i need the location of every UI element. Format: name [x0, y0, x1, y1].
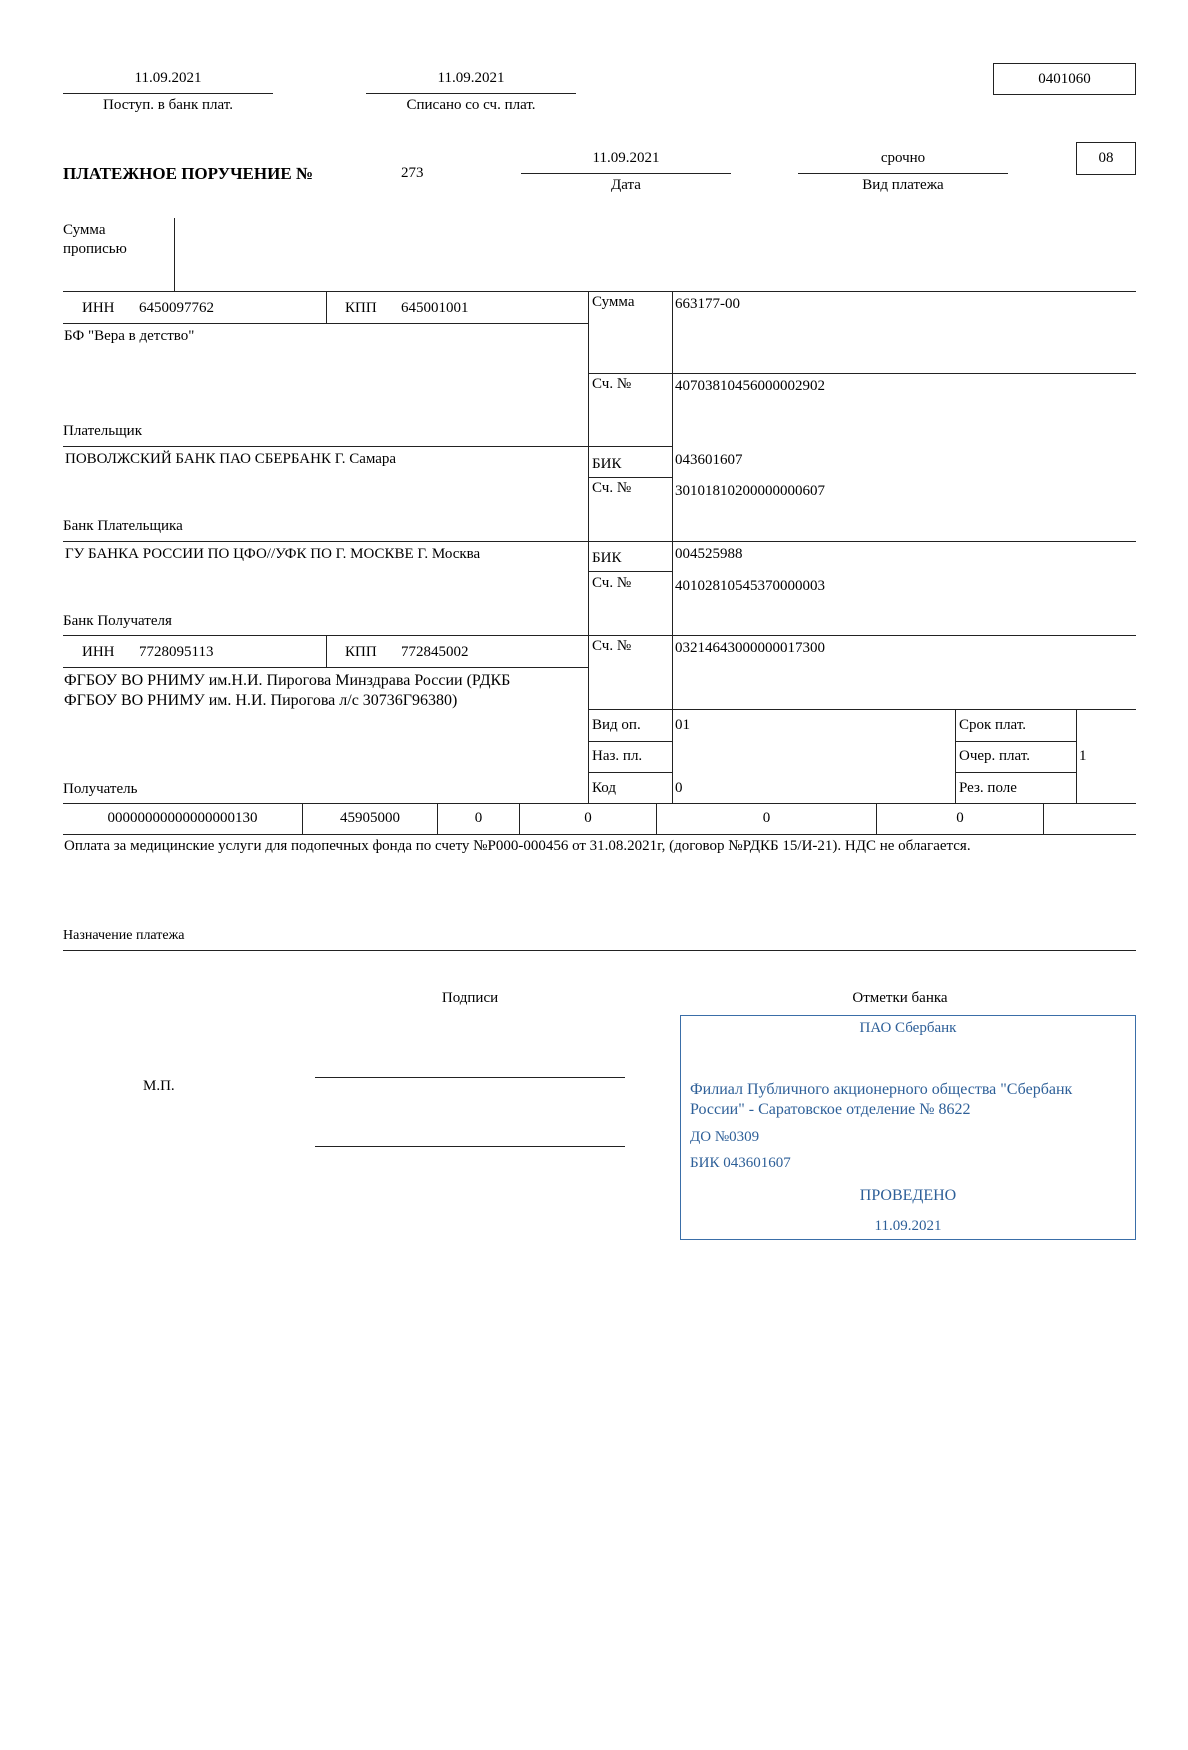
tax-field-2: 45905000: [302, 803, 437, 834]
grid-line-tax-bottom: [63, 834, 1136, 835]
payee-bank-label: Банк Получателя: [63, 613, 172, 630]
payer-kpp-label: КПП: [345, 300, 377, 317]
tax-field-3: 0: [437, 803, 519, 834]
payee-bank-bik-label: БИК: [592, 550, 621, 567]
stamp-bank-name: ПАО Сбербанк: [681, 1020, 1135, 1037]
stamp-date: 11.09.2021: [681, 1218, 1135, 1235]
grid-line-payer-inn: [63, 323, 588, 324]
amount-words-label-line2: прописью: [63, 240, 127, 259]
amount-words-divider: [174, 218, 175, 291]
priority-label: Очер. плат.: [959, 748, 1030, 765]
status-code-box: 08: [1076, 142, 1136, 175]
received-date-line: [63, 93, 273, 94]
grid-vline-values: [672, 291, 673, 803]
grid-line-top: [63, 291, 1136, 292]
payee-inn-label: ИНН: [82, 644, 115, 661]
payee-inn-value: 7728095113: [139, 644, 213, 661]
payer-kpp-value: 645001001: [401, 300, 469, 317]
payee-bank-name: ГУ БАНКА РОССИИ ПО ЦФО//УФК ПО Г. МОСКВЕ…: [65, 546, 480, 563]
payer-bank-bik-label: БИК: [592, 456, 621, 473]
payee-name-line1: ФГБОУ ВО РНИМУ им.Н.И. Пирогова Минздрав…: [64, 672, 510, 690]
payer-label: Плательщик: [63, 423, 142, 440]
tax-fields-row: 00000000000000000130459050000000: [63, 803, 1136, 834]
grid-line-term-2: [955, 772, 1076, 773]
payer-bank-name: ПОВОЛЖСКИЙ БАНК ПАО СБЕРБАНК Г. Самара: [65, 451, 396, 468]
payee-account-value: 03214643000000017300: [675, 640, 825, 657]
payer-inn-value: 6450097762: [139, 300, 214, 317]
payment-type-line: [798, 173, 1008, 174]
payer-bank-account-label: Сч. №: [592, 480, 631, 497]
payment-type-label: Вид платежа: [798, 177, 1008, 194]
bank-stamp: ПАО Сбербанк Филиал Публичного акционерн…: [680, 1015, 1136, 1240]
payment-purpose-label: Назначение платежа: [63, 928, 185, 944]
payer-bank-bik-value: 043601607: [675, 452, 743, 469]
grid-vline-term-right: [1076, 709, 1077, 803]
tax-field-1: 00000000000000000130: [63, 803, 302, 834]
payee-bank-account-label: Сч. №: [592, 575, 631, 592]
signature-line-1[interactable]: [315, 1077, 625, 1078]
grid-vline-inn-kpp-payee: [326, 635, 327, 667]
tax-field-7: [1043, 803, 1136, 834]
payee-kpp-label: КПП: [345, 644, 377, 661]
debited-label: Списано со сч. плат.: [366, 97, 576, 114]
stamp-branch-line2: России" - Саратовское отделение № 8622: [690, 1101, 971, 1119]
debited-date: 11.09.2021: [366, 70, 576, 87]
payee-bank-bik-value: 004525988: [675, 546, 743, 563]
received-label: Поступ. в банк плат.: [63, 97, 273, 114]
grid-vline-inn-kpp-payer: [326, 291, 327, 323]
stamp-place-label: М.П.: [143, 1078, 175, 1095]
payer-inn-label: ИНН: [82, 300, 115, 317]
amount-words-label-line1: Сумма: [63, 221, 127, 240]
payee-bank-account-value: 40102810545370000003: [675, 578, 825, 595]
payer-bank-account-value: 30101810200000000607: [675, 483, 825, 500]
op-type-value: 01: [675, 717, 690, 734]
code-value: 0: [675, 780, 683, 797]
bank-marks-label: Отметки банка: [810, 990, 990, 1007]
amount-words-label: Сумма прописью: [63, 221, 127, 259]
signature-line-2[interactable]: [315, 1146, 625, 1147]
payment-purpose-text: Оплата за медицинские услуги для подопеч…: [64, 838, 1136, 855]
grid-line-sum-bottom: [588, 373, 1136, 374]
stamp-branch-line1: Филиал Публичного акционерного общества …: [690, 1081, 1072, 1099]
grid-line-bik1-acc: [588, 477, 672, 478]
grid-line-payer-bottom: [63, 446, 588, 447]
document-date: 11.09.2021: [521, 150, 731, 167]
stamp-office: ДО №0309: [690, 1129, 759, 1146]
payer-account-label: Сч. №: [592, 376, 631, 393]
grid-line-payee-bank-bottom: [63, 635, 1136, 636]
signatures-label: Подписи: [380, 990, 560, 1007]
grid-line-payee-inn: [63, 667, 588, 668]
grid-line-op-2: [588, 772, 672, 773]
code-label: Код: [592, 780, 616, 797]
tax-field-5: 0: [656, 803, 876, 834]
purpose-bottom-line: [63, 950, 1136, 951]
document-date-line: [521, 173, 731, 174]
tax-field-6: 0: [876, 803, 1043, 834]
payee-kpp-value: 772845002: [401, 644, 469, 661]
payee-label: Получатель: [63, 781, 137, 798]
payee-account-label: Сч. №: [592, 638, 631, 655]
grid-vline-term-left: [955, 709, 956, 803]
document-title: ПЛАТЕЖНОЕ ПОРУЧЕНИЕ №: [63, 164, 313, 184]
grid-line-payer-bank-bottom: [63, 541, 1136, 542]
tax-field-4: 0: [519, 803, 656, 834]
grid-line-bik1-sep: [588, 446, 672, 447]
sum-label: Сумма: [592, 294, 634, 311]
payer-bank-label: Банк Плательщика: [63, 518, 183, 535]
grid-line-op-top: [588, 709, 1136, 710]
term-label: Срок плат.: [959, 717, 1026, 734]
priority-value: 1: [1079, 748, 1087, 765]
payer-account-value: 40703810456000002902: [675, 378, 825, 395]
purpose-code-label: Наз. пл.: [592, 748, 642, 765]
op-type-label: Вид оп.: [592, 717, 641, 734]
reserve-label: Рез. поле: [959, 780, 1017, 797]
payment-type: срочно: [798, 150, 1008, 167]
sum-value: 663177-00: [675, 296, 740, 313]
grid-vline-center: [588, 291, 589, 803]
payee-name-line2: ФГБОУ ВО РНИМУ им. Н.И. Пирогова л/с 307…: [64, 692, 457, 710]
stamp-bik: БИК 043601607: [690, 1155, 791, 1172]
form-code-box: 0401060: [993, 63, 1136, 95]
grid-line-bik2-acc: [588, 571, 672, 572]
payer-name: БФ "Вера в детство": [64, 328, 194, 345]
received-date: 11.09.2021: [63, 70, 273, 87]
grid-line-term-1: [955, 741, 1076, 742]
document-date-label: Дата: [521, 177, 731, 194]
document-number: 273: [401, 165, 424, 182]
stamp-status: ПРОВЕДЕНО: [681, 1187, 1135, 1205]
grid-line-op-1: [588, 741, 672, 742]
debited-date-line: [366, 93, 576, 94]
